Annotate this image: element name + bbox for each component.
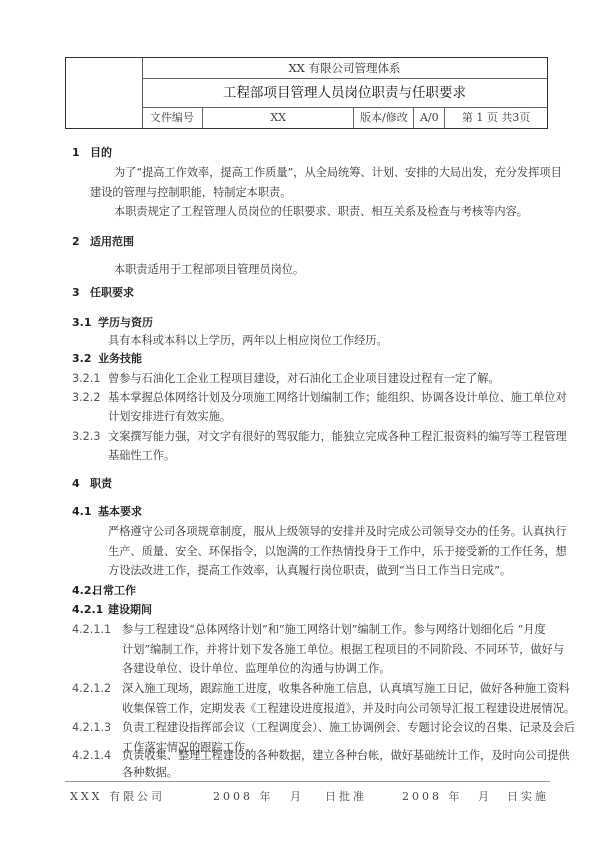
section-4-1-line-1: 严格遵守公司各项规章制度，服从上级领导的安排并及时完成公司领导交办的任务。认真执… — [108, 525, 567, 539]
document-page: XX 有限公司管理体系 工程部项目管理人员岗位职责与任职要求 文件编号 XX 版… — [0, 0, 600, 850]
item-3-2-3-line-2: 基础性工作。 — [108, 449, 175, 463]
section-1-para-1-line-2: 建设的管理与控制职能，特制定本职责。 — [90, 186, 291, 200]
section-3-1-title: 学历与资历 — [98, 316, 153, 330]
section-2-title: 适用范围 — [90, 235, 134, 249]
footer-effective-year: 2008 年 — [402, 788, 463, 804]
section-4-1-number: 4.1 — [72, 505, 92, 519]
section-1-para-2: 本职责规定了工程管理人员岗位的任职要求、职责、相互关系及检查与考核等内容。 — [114, 205, 528, 219]
item-4-2-1-2-line-2: 收集保管工作，定期发表《工程建设进度报道》，并及时向公司领导汇报工程建设进展情况… — [122, 702, 575, 716]
section-4-2-title: 日常工作 — [92, 584, 136, 598]
footer-effective-day: 日实施 — [507, 788, 549, 804]
item-4-2-1-2-number: 4.2.1.2 — [72, 682, 111, 696]
section-4-1-line-2: 生产、质量、安全、环保指令，以饱满的工作热情投身于工作中，乐于接受新的工作任务，… — [108, 545, 567, 559]
item-4-2-1-1-line-3: 各建设单位、设计单位、监理单位的沟通与协调工作。 — [122, 662, 391, 676]
item-4-2-1-4-line-1: 负责收集、整理工程建设的各种数据，建立各种台帐，做好基础统计工作，及时向公司提供 — [122, 749, 570, 763]
item-3-2-3-line-1: 文案撰写能力强，对文字有很好的驾驭能力，能独立完成各种工程汇报资料的编写等工程管… — [108, 430, 567, 444]
item-4-2-1-3-line-1: 负责工程建设指挥部会议（工程调度会）、施工协调例会、专题讨论会议的召集、记录及会… — [122, 721, 575, 735]
version-value: A/0 — [414, 108, 445, 128]
section-3-2-number: 3.2 — [72, 352, 92, 366]
section-4-number: 4 — [72, 477, 80, 491]
section-1-title: 目的 — [90, 146, 112, 160]
item-4-2-1-1-line-1: 参与工程建设“总体网络计划”和“施工网络计划”编制工作。参与网络计划细化后 “月… — [122, 623, 546, 637]
item-3-2-1-line-1: 曾参与石油化工企业工程项目建设，对石油化工企业项目建设过程有一定了解。 — [108, 372, 500, 386]
footer-approve-year: 2008 年 — [213, 788, 274, 804]
section-1-para-1-line-1: 为了“提高工作效率，提高工作质量”，从全局统筹、计划、安排的大局出发，充分发挥项… — [114, 166, 562, 180]
version-label: 版本/修改 — [354, 108, 414, 128]
document-header-table: XX 有限公司管理体系 工程部项目管理人员岗位职责与任职要求 文件编号 XX 版… — [65, 57, 548, 129]
section-2-para-1: 本职责适用于工程部项目管理员岗位。 — [114, 263, 304, 277]
company-system-cell: XX 有限公司管理体系 — [142, 58, 547, 79]
document-title: 工程部项目管理人员岗位职责与任职要求 — [142, 79, 547, 108]
section-4-title: 职责 — [90, 477, 112, 491]
doc-no-value: XX — [203, 108, 355, 128]
logo-cell — [66, 58, 143, 128]
item-4-2-1-4-number: 4.2.1.4 — [72, 749, 111, 763]
section-2-number: 2 — [72, 235, 80, 249]
footer-effective-month: 月 — [478, 788, 492, 804]
document-meta-row: 文件编号 XX 版本/修改 A/0 第 1 页 共3页 — [142, 108, 547, 128]
item-3-2-3-number: 3.2.3 — [72, 430, 100, 444]
section-4-2-1-title: 建设期间 — [108, 603, 152, 617]
item-4-2-1-2-line-1: 深入施工现场，跟踪施工进度，收集各种施工信息，认真填写施工日记，做好各种施工资料 — [122, 682, 570, 696]
section-3-1-para: 具有本科或本科以上学历，两年以上相应岗位工作经历。 — [108, 334, 388, 348]
footer-divider — [65, 781, 550, 782]
item-4-2-1-1-line-2: 计划”编制工作，并将计划下发各施工单位。根据工程项目的不同阶段、不同环节，做好与 — [122, 643, 564, 657]
page-info: 第 1 页 共3页 — [445, 108, 547, 128]
item-3-2-2-line-2: 计划安排进行有效实施。 — [108, 410, 231, 424]
item-3-2-2-number: 3.2.2 — [72, 391, 100, 405]
footer-approve-day: 日批准 — [325, 788, 367, 804]
item-3-2-1-number: 3.2.1 — [72, 372, 100, 386]
item-4-2-1-3-number: 4.2.1.3 — [72, 721, 111, 735]
section-4-1-line-3: 方设法改进工作，提高工作效率，认真履行岗位职责，做到“当日工作当日完成”。 — [108, 564, 511, 578]
section-4-1-title: 基本要求 — [98, 505, 142, 519]
section-3-title: 任职要求 — [90, 286, 134, 300]
item-4-2-1-1-number: 4.2.1.1 — [72, 623, 111, 637]
section-3-2-title: 业务技能 — [98, 352, 142, 366]
section-3-number: 3 — [72, 286, 80, 300]
item-4-2-1-4-line-2: 各种数据。 — [122, 766, 178, 780]
section-3-1-number: 3.1 — [72, 316, 92, 330]
footer-approve-month: 月 — [290, 788, 304, 804]
doc-no-label: 文件编号 — [142, 108, 203, 128]
item-3-2-2-line-1: 基本掌握总体网络计划及分项施工网络计划编制工作；能组织、协调各设计单位、施工单位… — [108, 391, 567, 405]
section-1-number: 1 — [72, 146, 80, 160]
section-4-2-1-number: 4.2.1 — [72, 603, 103, 617]
footer-company: XXX 有限公司 — [70, 788, 165, 804]
